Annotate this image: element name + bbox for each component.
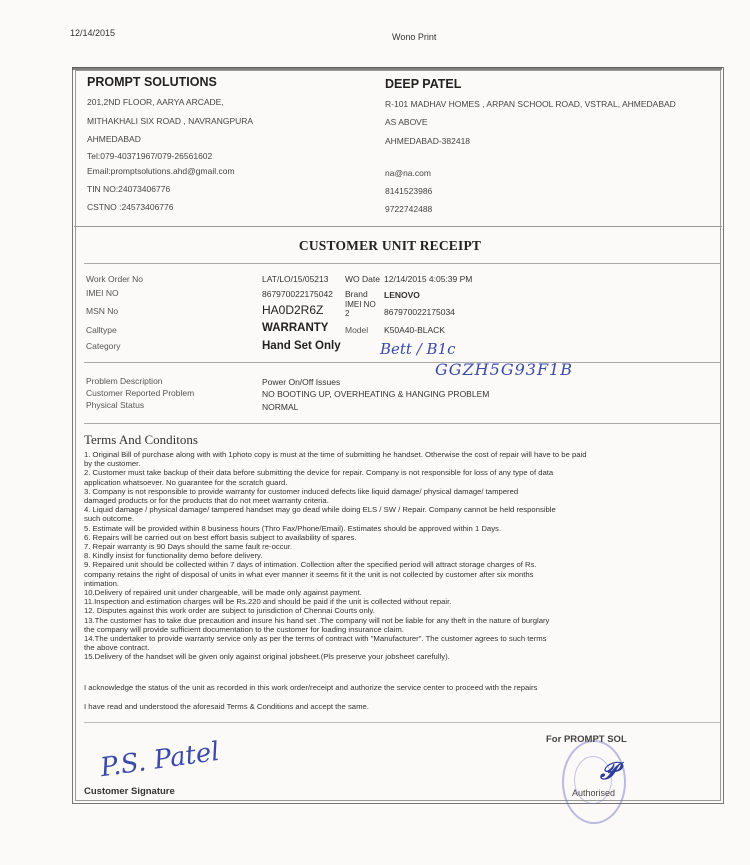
terms-line: 7. Repair warranty is 90 Days should the… [84, 542, 720, 551]
terms-line: application whatsoever. No guarantee for… [84, 478, 720, 487]
divider [84, 263, 720, 264]
frame-top-border [72, 67, 722, 70]
terms-line: 13.The customer has to take due precauti… [84, 616, 720, 625]
imei-value: 867970022175042 [262, 289, 333, 299]
acknowledgement-text: I acknowledge the status of the unit as … [84, 683, 537, 692]
label-msn: MSN No [86, 306, 118, 316]
terms-line: 8. Kindly insist for functionality demo … [84, 551, 720, 560]
company-tel: Tel:079-40371967/079-26561602 [87, 151, 212, 161]
customer-city: AHMEDABAD-382418 [385, 136, 470, 146]
category-value: Hand Set Only [262, 340, 341, 352]
label-work-order: Work Order No [86, 274, 143, 284]
divider [84, 423, 720, 424]
terms-line: 6. Repairs will be carried out on best e… [84, 533, 720, 542]
terms-line: 11.Inspection and estimation charges wil… [84, 597, 720, 606]
print-date: 12/14/2015 [70, 28, 115, 38]
terms-line: intimation. [84, 579, 720, 588]
model-value: K50A40-BLACK [384, 325, 445, 335]
terms-line: 4. Liquid damage / physical damage/ tamp… [84, 505, 720, 514]
terms-line: 3. Company is not responsible to provide… [84, 487, 720, 496]
acceptance-text: I have read and understood the aforesaid… [84, 702, 369, 711]
terms-line: 9. Repaired unit should be collected wit… [84, 560, 720, 569]
terms-line: damaged products or for the products tha… [84, 496, 720, 505]
authorised-signature-mark: 𝒫 [600, 756, 617, 785]
wo-date-value: 12/14/2015 4:05:39 PM [384, 274, 472, 284]
divider [84, 722, 720, 723]
work-order-value: LAT/LO/15/05213 [262, 274, 328, 284]
for-company-label: For PROMPT SOL [546, 734, 627, 745]
customer-address: R-101 MADHAV HOMES , ARPAN SCHOOL ROAD, … [385, 99, 705, 109]
label-customer-reported-problem: Customer Reported Problem [86, 388, 194, 398]
divider [84, 362, 720, 363]
terms-line: by the customer. [84, 459, 720, 468]
terms-line: the company will provide sufficient docu… [84, 625, 720, 634]
receipt-title: CUSTOMER UNIT RECEIPT [0, 238, 750, 254]
company-tin: TIN NO:24073406776 [87, 184, 170, 194]
label-model: Model [345, 325, 368, 335]
msn-value: HA0D2R6Z [262, 303, 323, 317]
imei-2-value: 867970022175034 [384, 307, 455, 317]
label-physical-status: Physical Status [86, 400, 144, 410]
problem-description-value: Power On/Off Issues [262, 377, 340, 387]
terms-line: 12. Disputes against this work order are… [84, 606, 720, 615]
label-calltype: Calltype [86, 325, 117, 335]
brand-value: LENOVO [384, 290, 420, 300]
physical-status-value: NORMAL [262, 402, 298, 412]
label-category: Category [86, 341, 121, 351]
customer-signature-label: Customer Signature [84, 786, 175, 797]
company-address-1: 201,2ND FLOOR, AARYA ARCADE, [87, 97, 224, 107]
terms-line: such outcome. [84, 514, 720, 523]
handwritten-note-2: GGZH5G93F1B [435, 360, 573, 379]
customer-phone-2: 9722742488 [385, 204, 432, 214]
authorised-signatory-label: Authorised [572, 788, 615, 798]
calltype-value: WARRANTY [262, 322, 328, 334]
handwritten-note-1: Bett / B1c [380, 340, 456, 358]
terms-line: 10.Delivery of repaired unit under charg… [84, 588, 720, 597]
company-cst: CSTNO :24573406776 [87, 202, 173, 212]
label-wo-date: WO Date [345, 274, 380, 284]
company-address-2: MITHAKHALI SIX ROAD , NAVRANGPURA [87, 116, 253, 126]
label-problem-description: Problem Description [86, 376, 163, 386]
customer-reported-problem-value: NO BOOTING UP, OVERHEATING & HANGING PRO… [262, 389, 489, 399]
customer-name: DEEP PATEL [385, 77, 461, 91]
terms-line: 14.The undertaker to provide warranty se… [84, 634, 720, 643]
terms-line: the above contract. [84, 643, 720, 652]
terms-line: 5. Estimate will be provided within 8 bu… [84, 524, 720, 533]
terms-list: 1. Original Bill of purchase along with … [84, 450, 720, 662]
print-title: Wono Print [392, 32, 436, 42]
customer-phone-1: 8141523986 [385, 186, 432, 196]
label-brand: Brand [345, 289, 368, 299]
customer-address-2: AS ABOVE [385, 117, 428, 127]
terms-line: 1. Original Bill of purchase along with … [84, 450, 720, 459]
terms-line: 15.Delivery of the handset will be given… [84, 652, 720, 661]
company-city: AHMEDABAD [87, 134, 141, 144]
company-name: PROMPT SOLUTIONS [87, 75, 217, 89]
company-email: Email:promptsolutions.ahd@gmail.com [87, 166, 235, 176]
label-imei-2: IMEI NO 2 [345, 300, 381, 318]
terms-title: Terms And Conditons [84, 432, 198, 448]
label-imei: IMEI NO [86, 288, 119, 298]
divider [74, 226, 722, 227]
customer-email: na@na.com [385, 168, 431, 178]
terms-line: 2. Customer must take backup of their da… [84, 468, 720, 477]
terms-line: company retains the right of disposal of… [84, 570, 720, 579]
